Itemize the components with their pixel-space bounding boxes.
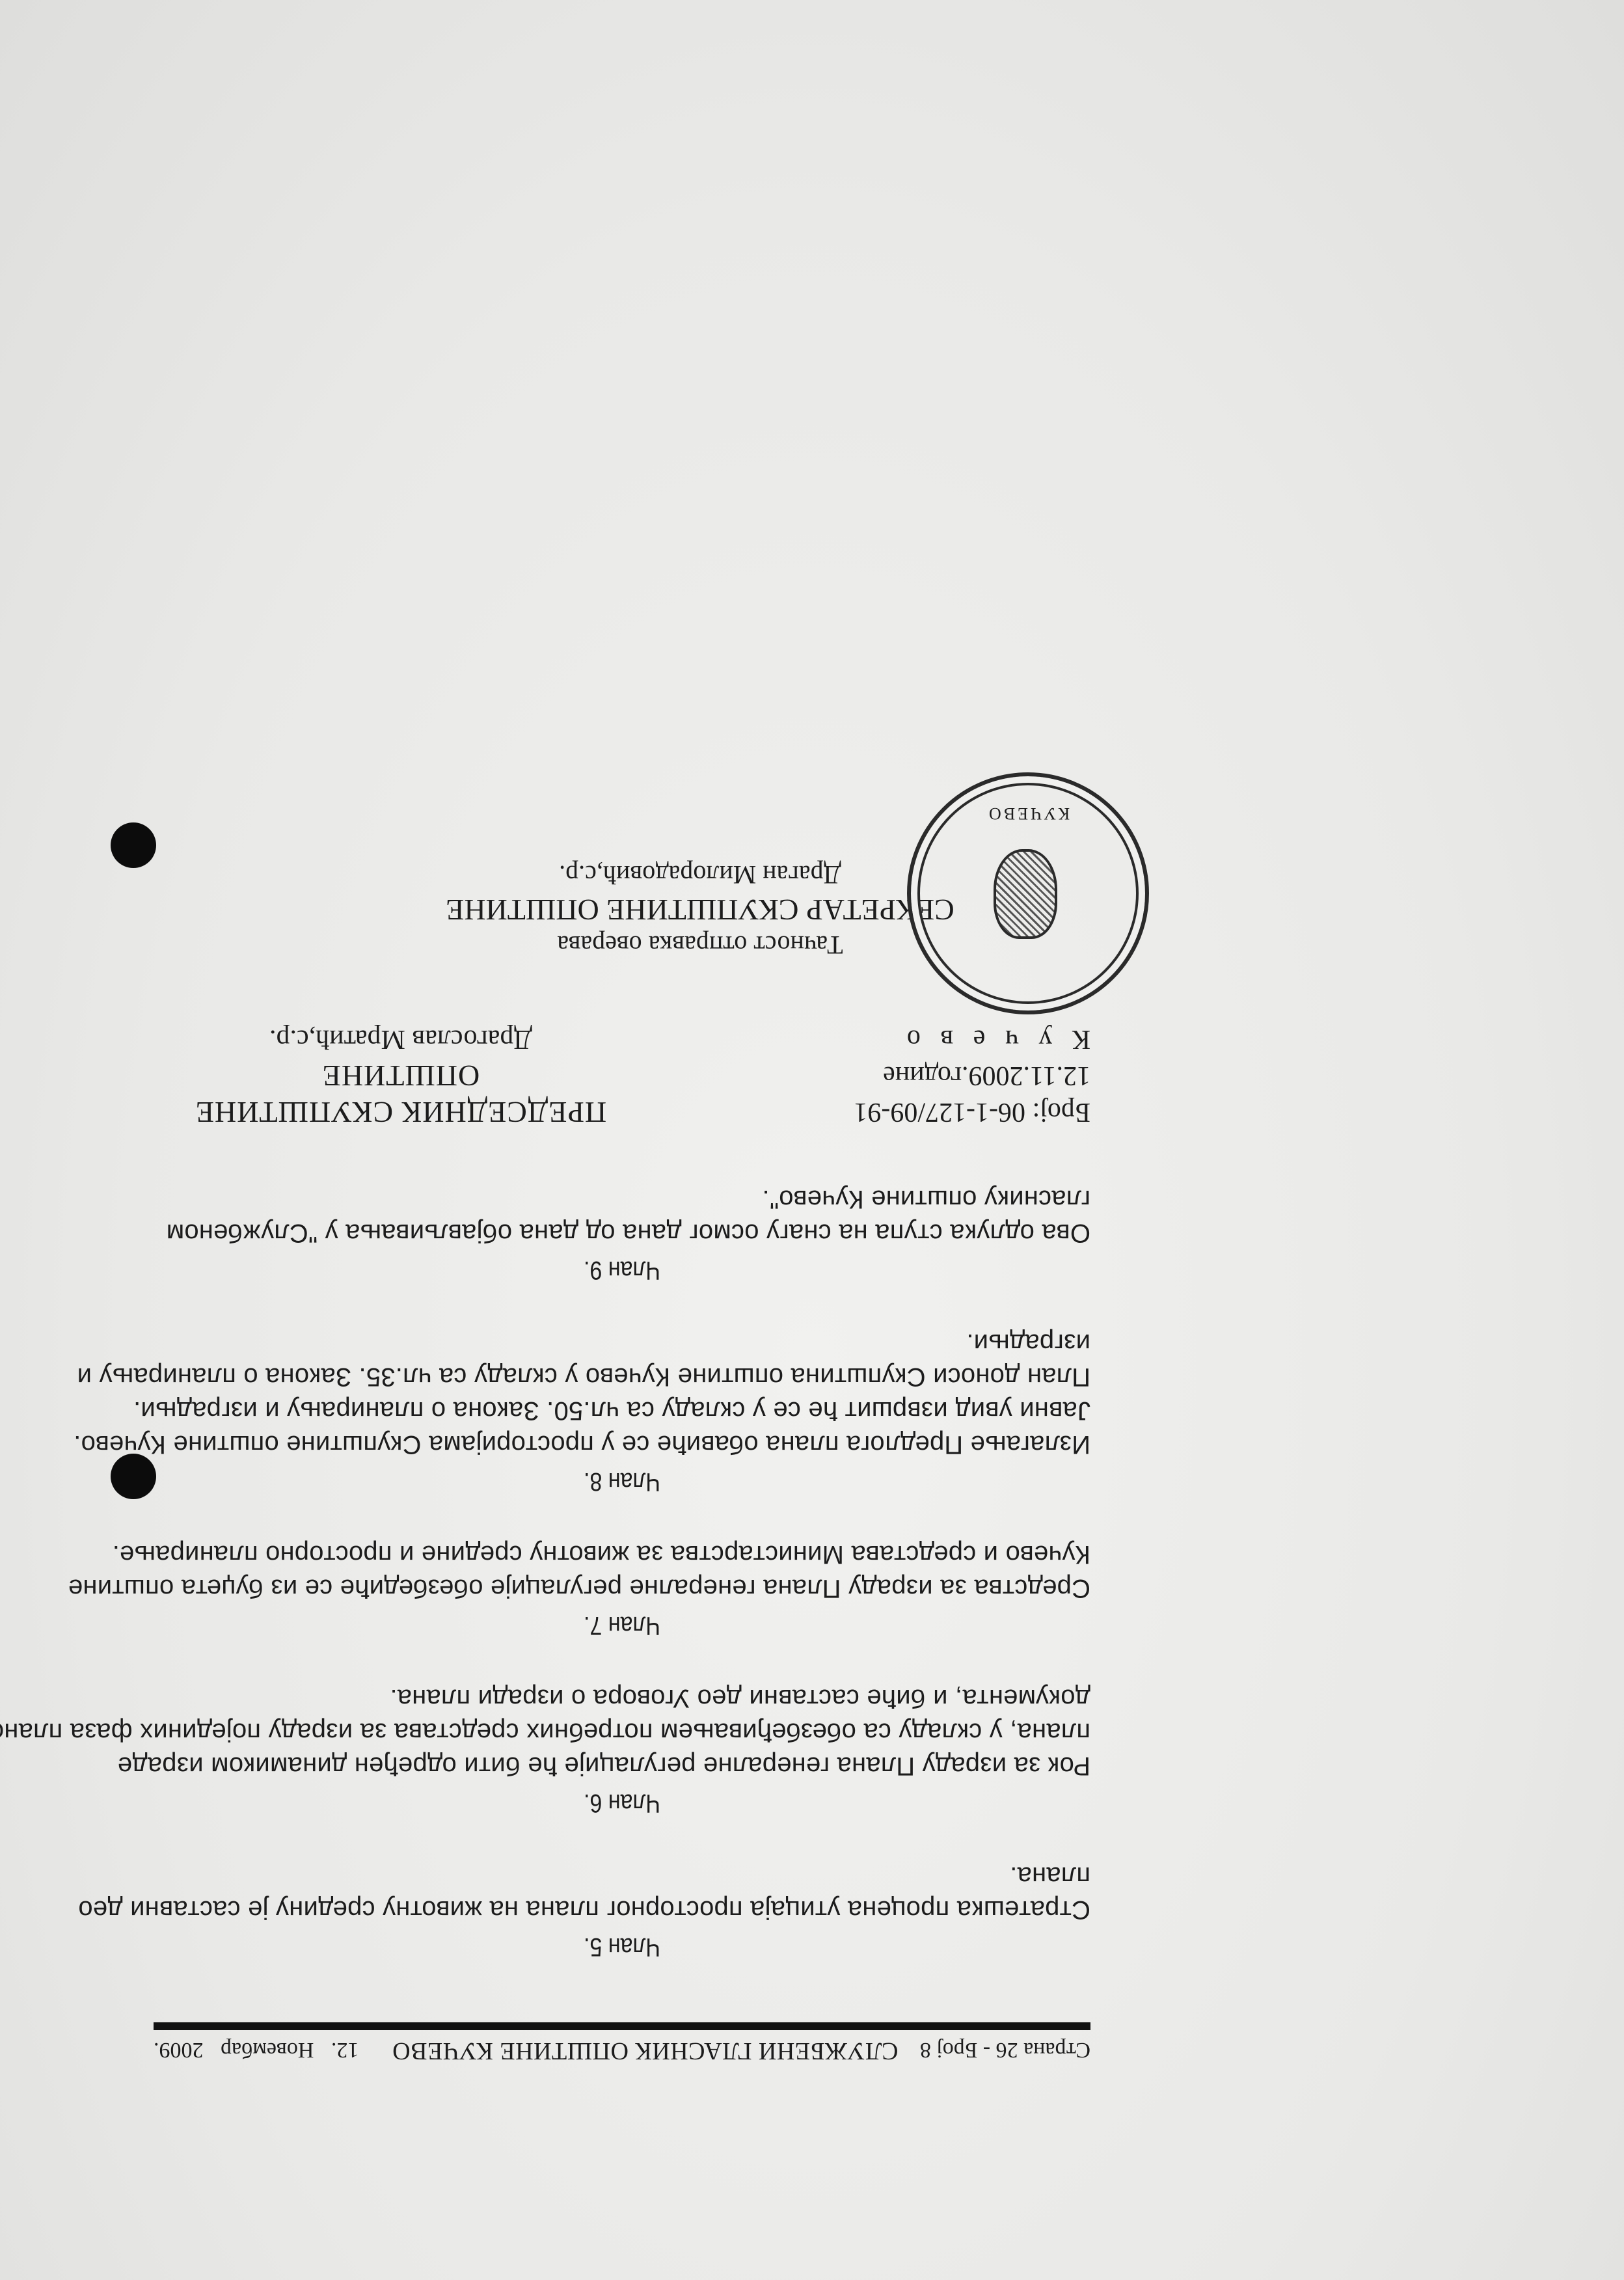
punch-hole [111,1454,156,1499]
article-text: Рок за израду Плана генералне регулације… [154,1681,1090,1783]
article-7: Члан 7. Средства за израду Плана генерал… [154,1538,1090,1640]
document-body: Страна 26 - Број 8 СЛУЖБЕНИ ГЛАСНИК ОПШТ… [154,857,1090,2065]
signature-block: Број: 06-1-127/09-91 12.11.2009.године К… [154,1021,1090,1130]
certification-block: КУЧЕВО Тачност отправка оверава СЕКРЕТАР… [407,857,993,962]
scanned-page: Страна 26 - Број 8 СЛУЖБЕНИ ГЛАСНИК ОПШТ… [0,0,1624,2280]
punch-hole [111,822,156,868]
article-5: Члан 5. Стратешка процена утицаја просто… [154,1859,1090,1961]
signatory-name: Драгослав Мратић,с.р. [154,1021,648,1057]
reference-info: Број: 06-1-127/09-91 12.11.2009.године К… [854,1021,1090,1130]
page-header: Страна 26 - Број 8 СЛУЖБЕНИ ГЛАСНИК ОПШТ… [154,2022,1090,2065]
secretary-title: СЕКРЕТАР СКУПШТИНЕ ОПШТИНЕ [407,892,993,927]
reference-number: Број: 06-1-127/09-91 [854,1094,1090,1130]
reference-date: 12.11.2009.године [854,1057,1090,1094]
article-text: Стратешка процена утицаја просторног пла… [154,1859,1090,1927]
publication-title: СЛУЖБЕНИ ГЛАСНИК ОПШТИНЕ КУЧЕВО [392,2037,899,2065]
signatory-title: ПРЕДСЕДНИК СКУПШТИНЕ ОПШТИНЕ [154,1057,648,1130]
article-title: Члан 7. [224,1610,1020,1640]
article-8: Члан 8. Излагање Предлога плана обавиће … [154,1326,1090,1496]
article-title: Члан 8. [224,1467,1020,1496]
secretary-name: Драган Милорадовић,с.р. [407,857,993,892]
article-9: Члан 9. Ова одлука ступа на снагу осмог … [154,1182,1090,1284]
article-6: Члан 6. Рок за израду Плана генералне ре… [154,1681,1090,1817]
official-stamp-icon: КУЧЕВО [907,772,1149,1014]
page-number: Страна 26 - Број 8 [920,2037,1090,2062]
article-title: Члан 6. [224,1788,1020,1817]
certification-label: Тачност отправка оверава [407,927,993,962]
article-title: Члан 5. [224,1932,1020,1961]
reference-place: К у ч е в о [854,1021,1090,1057]
article-text: Ова одлука ступа на снагу осмог дана од … [154,1182,1090,1250]
stamp-text: КУЧЕВО [911,796,1145,831]
article-title: Члан 9. [224,1255,1020,1284]
article-text: Средства за израду Плана генералне регул… [154,1538,1090,1605]
coat-of-arms-icon [994,849,1057,939]
issue-date: 12. Новембар 2009. [154,2037,370,2062]
article-text: Излагање Предлога плана обавиће се у про… [154,1326,1090,1461]
president-signature: ПРЕДСЕДНИК СКУПШТИНЕ ОПШТИНЕ Драгослав М… [154,1021,648,1130]
